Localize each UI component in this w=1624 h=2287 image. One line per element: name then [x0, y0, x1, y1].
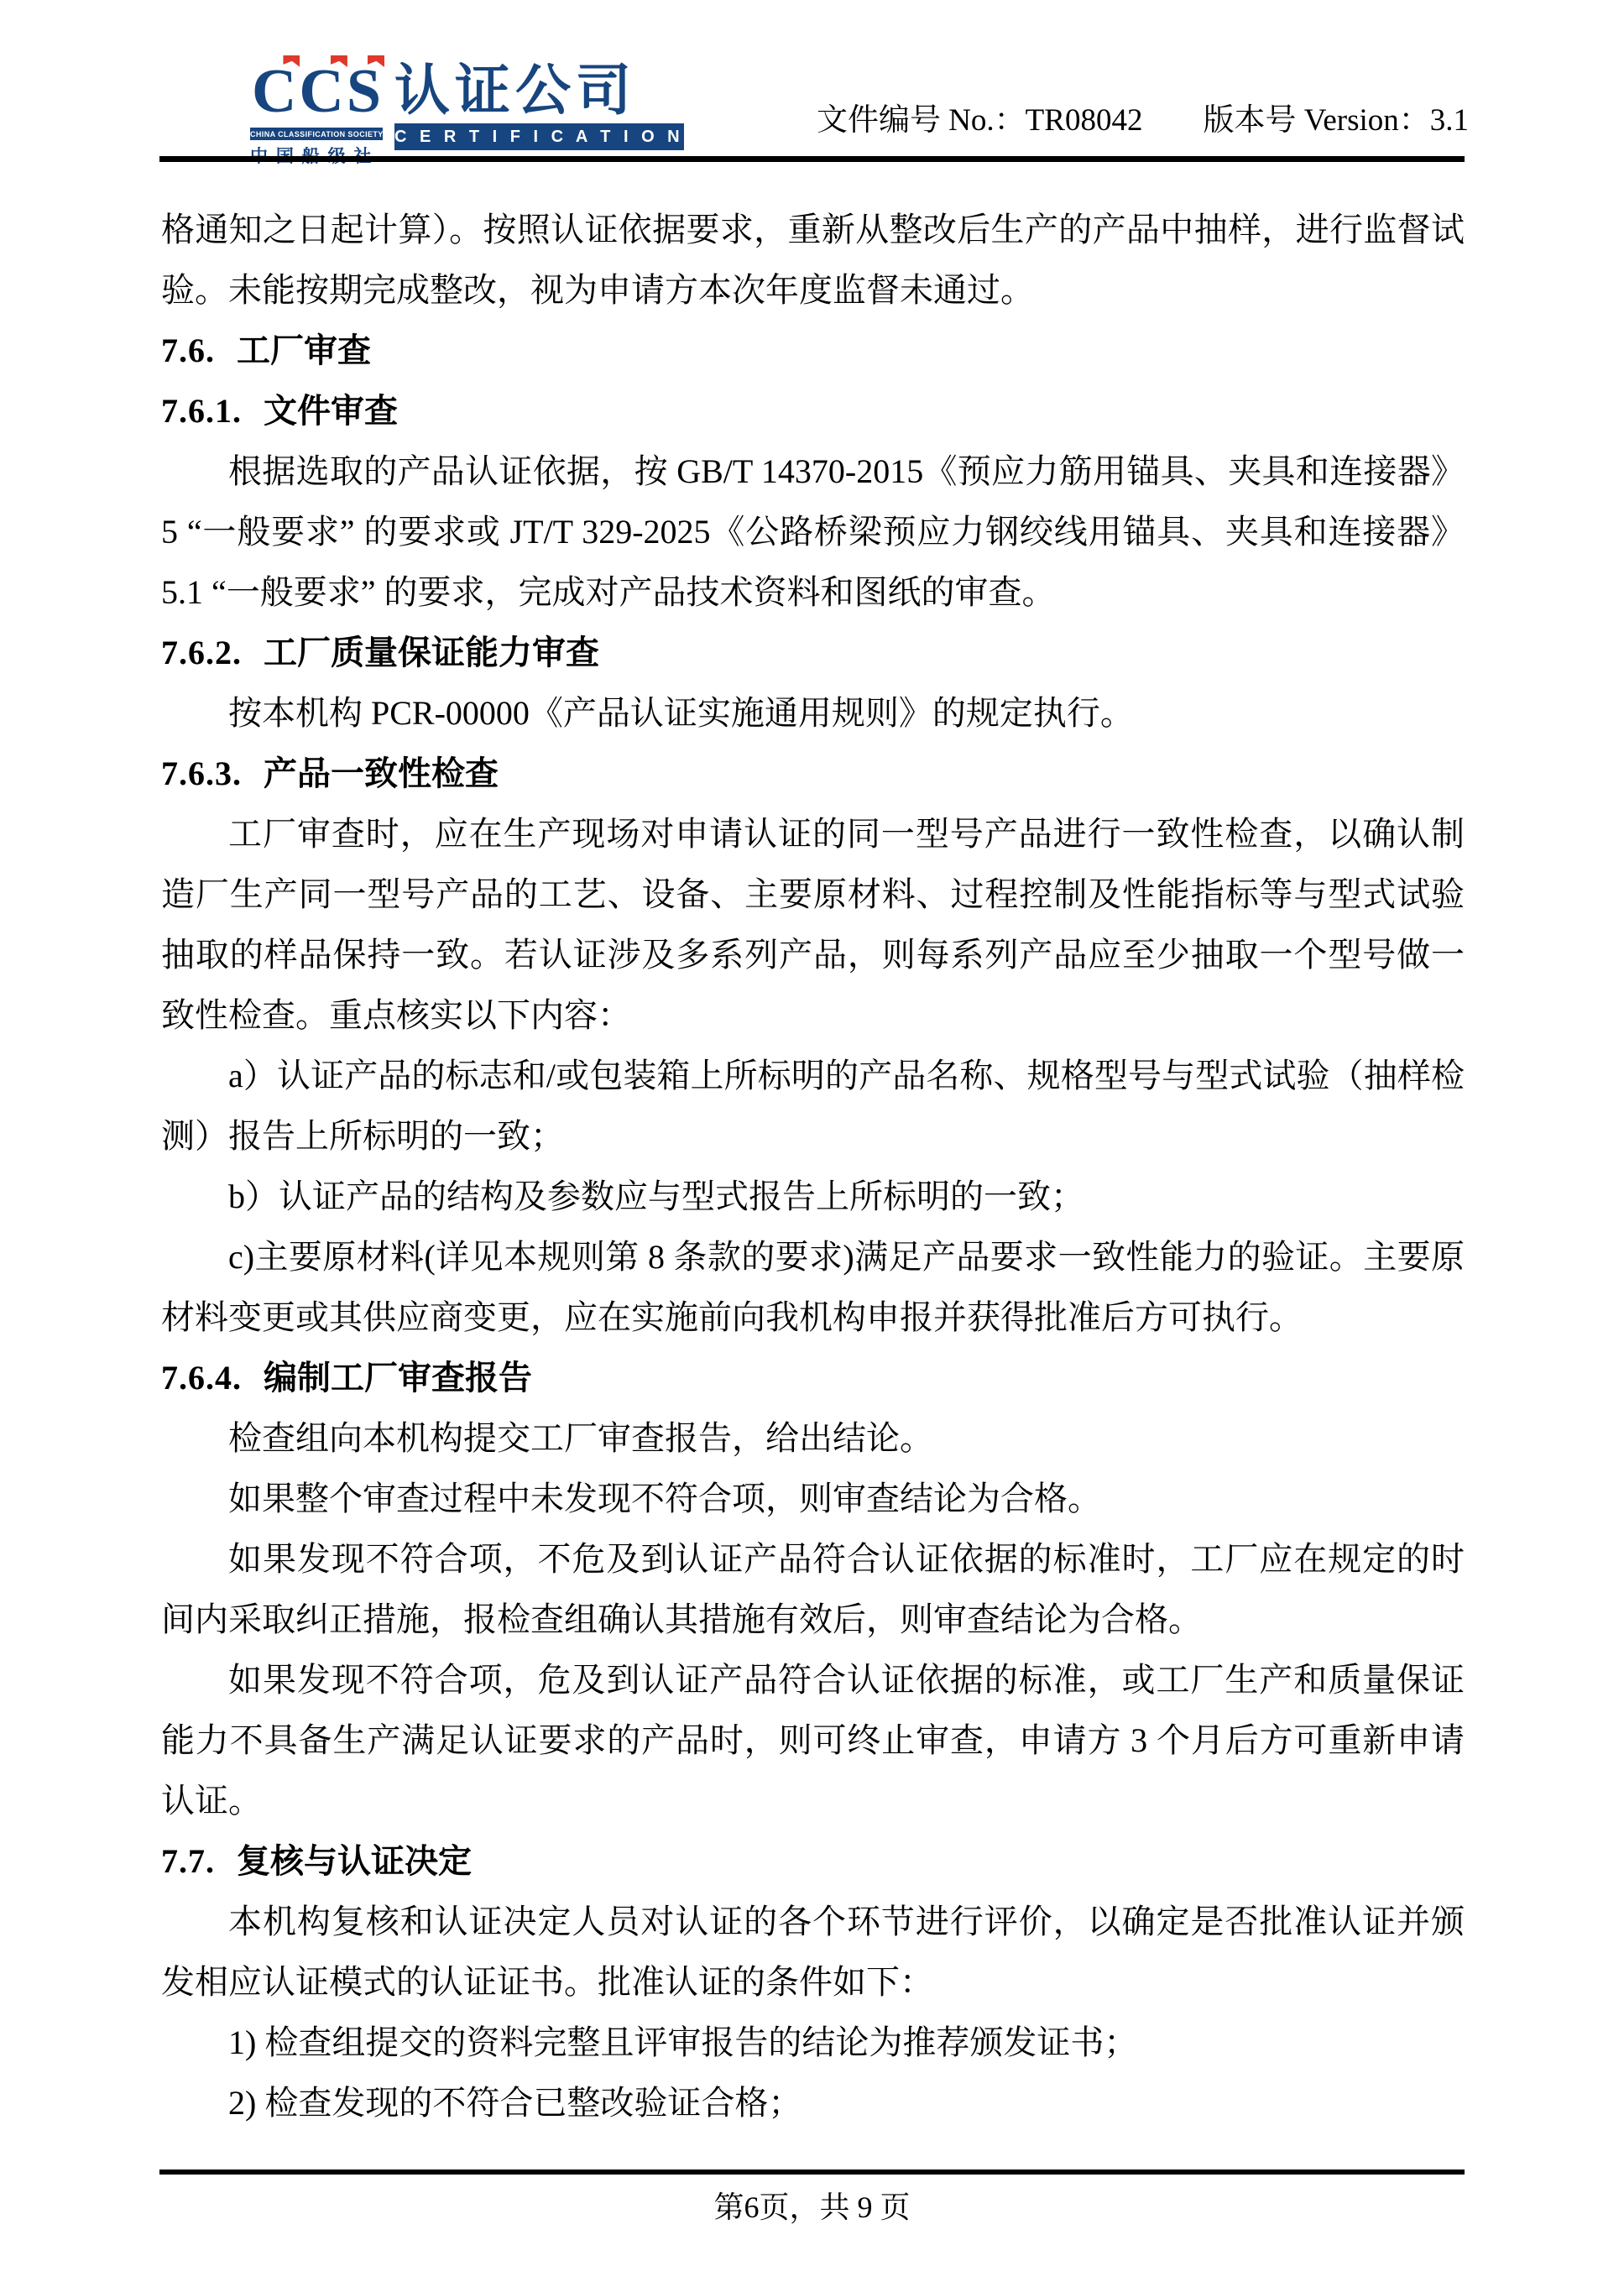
certification-mark: 认证公司 C E R T I F I C A T I O N [394, 59, 684, 150]
section-title: 复核与认证决定 [237, 1842, 472, 1880]
section-title: 工厂审查 [237, 332, 371, 369]
section-heading-7-6-3: 7.6.3.产品一致性检查 [161, 744, 1465, 804]
paragraph: 如果发现不符合项，危及到认证产品符合认证依据的标准，或工厂生产和质量保证能力不具… [161, 1650, 1465, 1831]
paragraph: 工厂审查时，应在生产现场对申请认证的同一型号产品进行一致性检查，以确认制造厂生产… [161, 804, 1465, 1046]
company-chinese-name: 认证公司 [394, 60, 684, 119]
paragraph-continuation: 格通知之日起计算）。按照认证依据要求，重新从整改后生产的产品中抽样，进行监督试验… [161, 200, 1465, 321]
logo-letter: C [252, 59, 296, 124]
page-footer: 第6页，共 9 页 [0, 2184, 1624, 2227]
section-heading-7-6-4: 7.6.4.编制工厂审查报告 [161, 1348, 1465, 1408]
list-item-1: 1) 检查组提交的资料完整且评审报告的结论为推荐颁发证书； [161, 2013, 1465, 2073]
ccs-letters: C C S [250, 59, 383, 124]
paragraph: 根据选取的产品认证依据，按 GB/T 14370-2015《预应力筋用锚具、夹具… [161, 441, 1465, 623]
page-number: 第6页，共 9 页 [713, 2190, 910, 2224]
section-title: 文件审查 [264, 392, 398, 430]
section-number: 7.6.3. [161, 755, 242, 792]
list-item-2: 2) 检查发现的不符合已整改验证合格； [161, 2073, 1465, 2133]
doc-number: 文件编号 No.：TR08042 [817, 94, 1143, 139]
ccs-mark: C C S CHINA CLASSIFICATION SOCIETY 中 国 船… [250, 59, 383, 168]
section-title: 编制工厂审查报告 [264, 1359, 532, 1397]
paragraph: 按本机构 PCR-00000《产品认证实施通用规则》的规定执行。 [161, 683, 1465, 744]
section-number: 7.7. [161, 1842, 215, 1880]
document-meta: 文件编号 No.：TR08042 版本号 Version：3.1 [817, 94, 1469, 139]
section-title: 工厂质量保证能力审查 [264, 634, 599, 671]
section-number: 7.6.2. [161, 634, 242, 671]
document-body: 格通知之日起计算）。按照认证依据要求，重新从整改后生产的产品中抽样，进行监督试验… [161, 200, 1465, 2133]
paragraph: 如果发现不符合项，不危及到认证产品符合认证依据的标准时，工厂应在规定的时间内采取… [161, 1529, 1465, 1650]
company-logo: C C S CHINA CLASSIFICATION SOCIETY 中 国 船… [250, 59, 684, 168]
document-page: C C S CHINA CLASSIFICATION SOCIETY 中 国 船… [0, 0, 1624, 2287]
footer-divider [159, 2170, 1465, 2175]
section-heading-7-6-1: 7.6.1.文件审查 [161, 381, 1465, 441]
list-item-b: b）认证产品的结构及参数应与型式报告上所标明的一致； [161, 1167, 1465, 1227]
section-heading-7-6-2: 7.6.2.工厂质量保证能力审查 [161, 623, 1465, 683]
logo-letter-text: S [347, 57, 381, 126]
list-item-c: c)主要原材料(详见本规则第 8 条款的要求)满足产品要求一致性能力的验证。主要… [161, 1227, 1465, 1348]
section-number: 7.6.1. [161, 392, 242, 430]
header-divider [159, 156, 1465, 162]
paragraph: 如果整个审查过程中未发现不符合项，则审查结论为合格。 [161, 1469, 1465, 1529]
paragraph: 本机构复核和认证决定人员对认证的各个环节进行评价，以确定是否批准认证并颁发相应认… [161, 1892, 1465, 2013]
ccs-subtitle-bar: CHINA CLASSIFICATION SOCIETY [250, 128, 383, 140]
ccs-chinese-name: 中 国 船 级 社 [250, 143, 383, 168]
section-number: 7.6.4. [161, 1359, 242, 1397]
list-item-a: a）认证产品的标志和/或包装箱上所标明的产品名称、规格型号与型式试验（抽样检测）… [161, 1046, 1465, 1167]
logo-letter: S [347, 59, 381, 124]
version-number: 版本号 Version：3.1 [1203, 94, 1469, 139]
section-heading-7-6: 7.6.工厂审查 [161, 321, 1465, 381]
certification-bar: C E R T I F I C A T I O N [394, 123, 684, 150]
logo-letter-text: C [252, 57, 296, 126]
section-number: 7.6. [161, 332, 215, 369]
logo-letter-text: C [299, 57, 343, 126]
section-title: 产品一致性检查 [264, 755, 499, 792]
logo-letter: C [299, 59, 343, 124]
section-heading-7-7: 7.7.复核与认证决定 [161, 1831, 1465, 1892]
paragraph: 检查组向本机构提交工厂审查报告，给出结论。 [161, 1408, 1465, 1469]
